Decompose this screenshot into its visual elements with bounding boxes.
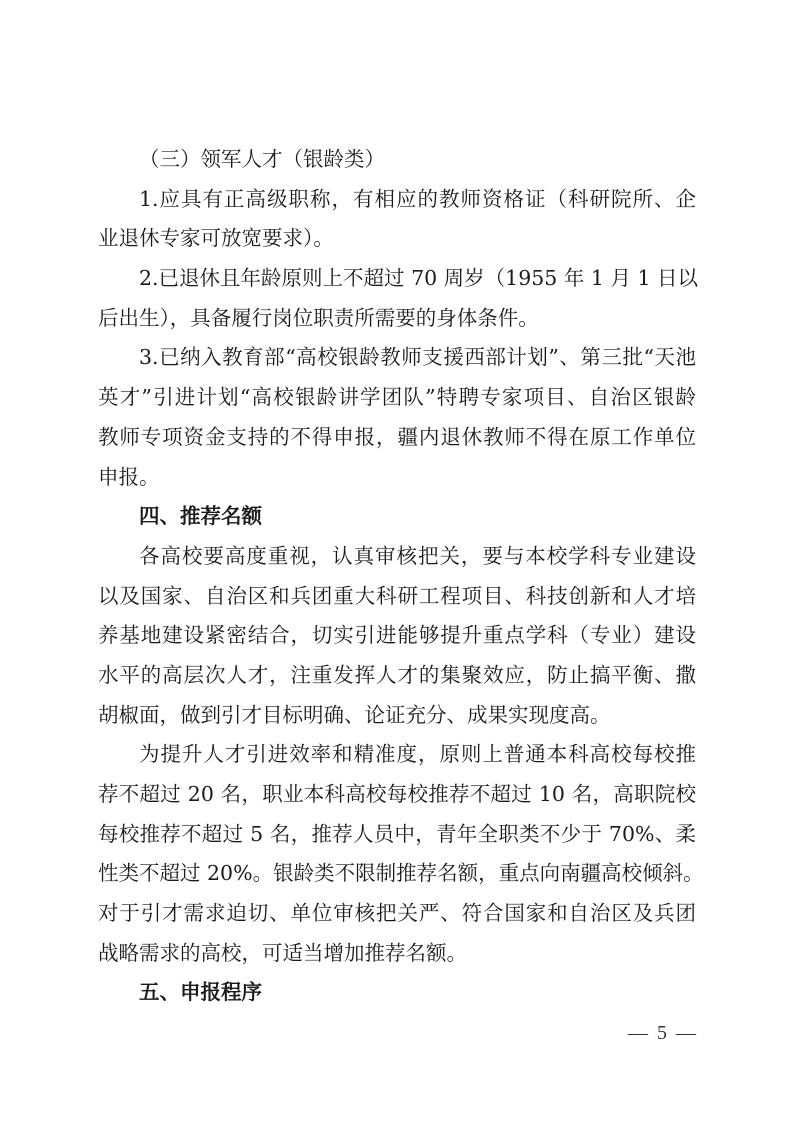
paragraph-line: 胡椒面，做到引才目标明确、论证充分、成果实现度高。 — [98, 696, 696, 736]
paragraph-line: 战略需求的高校，可适当增加推荐名额。 — [98, 934, 696, 974]
paragraph-line: 申报。 — [98, 458, 696, 498]
paragraph-line: 性类不超过 20%。银龄类不限制推荐名额，重点向南疆高校倾斜。 — [98, 854, 696, 894]
paragraph-line: 以及国家、自治区和兵团重大科研工程项目、科技创新和人才培 — [98, 577, 696, 617]
paragraph-line: 3.已纳入教育部“高校银龄教师支援西部计划”、第三批“天池 — [98, 338, 696, 378]
paragraph-line: 荐不超过 20 名，职业本科高校每校推荐不超过 10 名，高职院校 — [98, 775, 696, 815]
document-body: （三）领军人才（银龄类） 1.应具有正高级职称，有相应的教师资格证（科研院所、企… — [98, 140, 696, 1013]
paragraph-requirement-2: 2.已退休且年龄原则上不超过 70 周岁（1955 年 1 月 1 日以 后出生… — [98, 259, 696, 338]
paragraph-line: 养基地建设紧密结合，切实引进能够提升重点学科（专业）建设 — [98, 616, 696, 656]
paragraph-line: 教师专项资金支持的不得申报，疆内退休教师不得在原工作单位 — [98, 418, 696, 458]
paragraph-line: 水平的高层次人才，注重发挥人才的集聚效应，防止搞平衡、撒 — [98, 656, 696, 696]
paragraph-line: 为提升人才引进效率和精准度，原则上普通本科高校每校推 — [98, 735, 696, 775]
paragraph-line: 每校推荐不超过 5 名，推荐人员中，青年全职类不少于 70%、柔 — [98, 815, 696, 855]
paragraph-requirement-1: 1.应具有正高级职称，有相应的教师资格证（科研院所、企 业退休专家可放宽要求）。 — [98, 180, 696, 259]
paragraph-line: 业退休专家可放宽要求）。 — [98, 219, 696, 259]
section-heading-application-procedure: 五、申报程序 — [98, 973, 696, 1013]
paragraph-line: 英才”引进计划“高校银龄讲学团队”特聘专家项目、自治区银龄 — [98, 378, 696, 418]
paragraph-quota-limits: 为提升人才引进效率和精准度，原则上普通本科高校每校推 荐不超过 20 名，职业本… — [98, 735, 696, 973]
paragraph-line: 1.应具有正高级职称，有相应的教师资格证（科研院所、企 — [98, 180, 696, 220]
section-heading-recommendation-quota: 四、推荐名额 — [98, 497, 696, 537]
paragraph-requirement-3: 3.已纳入教育部“高校银龄教师支援西部计划”、第三批“天池 英才”引进计划“高校… — [98, 338, 696, 497]
paragraph-line: 后出生），具备履行岗位职责所需要的身体条件。 — [98, 299, 696, 339]
paragraph-line: 2.已退休且年龄原则上不超过 70 周岁（1955 年 1 月 1 日以 — [98, 259, 696, 299]
page-number: — 5 — — [628, 1022, 698, 1045]
paragraph-line: 对于引才需求迫切、单位审核把关严、符合国家和自治区及兵团 — [98, 894, 696, 934]
section-subheading-leading-talent-silver: （三）领军人才（银龄类） — [98, 140, 696, 180]
paragraph-line: 各高校要高度重视，认真审核把关，要与本校学科专业建设 — [98, 537, 696, 577]
paragraph-quota-overview: 各高校要高度重视，认真审核把关，要与本校学科专业建设 以及国家、自治区和兵团重大… — [98, 537, 696, 735]
